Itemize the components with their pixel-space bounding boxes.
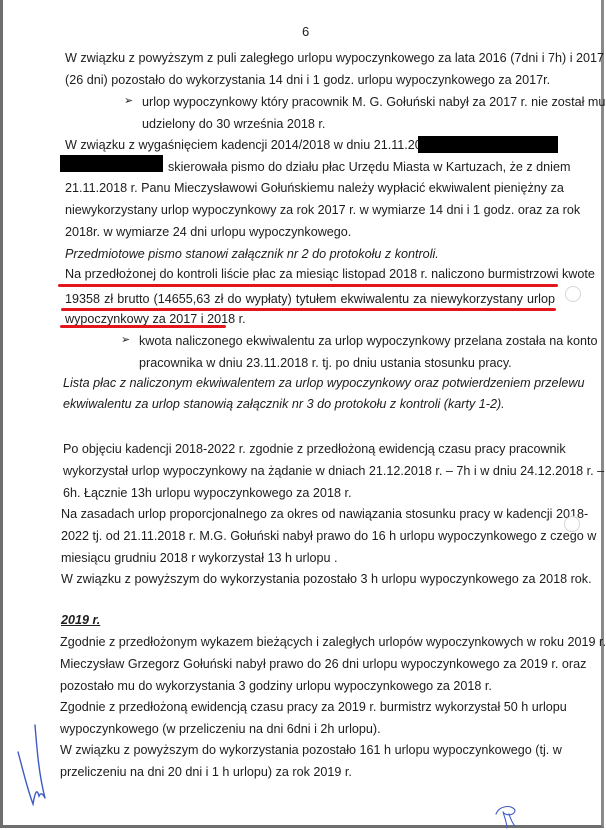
highlighted-line-3: wypoczynkowy za 2017 i 2018 r. (65, 313, 246, 326)
paragraph-2-line-5: 2018r. w wymiarze 24 dni urlopu wypoczyn… (65, 226, 351, 239)
margin-circle-marker (564, 516, 580, 532)
redaction-box (60, 155, 163, 172)
page-number: 6 (302, 25, 309, 38)
bullet-1-line-1: urlop wypoczynkowy który pracownik M. G.… (142, 96, 605, 109)
red-underline-marker (58, 284, 558, 287)
handwritten-initials-left (13, 720, 53, 805)
paragraph-4-line-2: wykorzystał urlop wypoczynkowy na żądani… (63, 465, 555, 478)
highlighted-line-2: 19358 zł brutto (14655,63 zł do wypłaty)… (65, 293, 555, 306)
red-underline-marker (60, 325, 226, 328)
document-page: 6 W związku z powyższym z puli zaległego… (0, 0, 604, 828)
paragraph-1-line-2: (26 dni) pozostało do wykorzystania 14 d… (65, 74, 550, 87)
attachment-note-2: Przedmiotowe pismo stanowi załącznik nr … (65, 248, 439, 261)
attachment-note-3-line-1: Lista płac z naliczonym ekwiwalentem za … (63, 377, 555, 390)
section-heading-2019: 2019 r. (61, 614, 100, 627)
paragraph-4-line-3: 6h. Łącznie 13h urlopu wypoczynkowego za… (63, 487, 351, 500)
paragraph-2-line-3: 21.11.2018 r. Panu Mieczysławowi Gołuńsk… (65, 182, 555, 195)
paragraph-8-line-2: wypoczynkowego (w przeliczeniu na dni 6d… (60, 723, 381, 736)
handwritten-initials-right (491, 800, 521, 830)
bullet-2-line-2: pracownika w dniu 23.11.2018 r. tj. po d… (139, 357, 512, 370)
paragraph-5-line-1: Na zasadach urlop proporcjonalnego za ok… (61, 508, 553, 521)
bullet-1-line-2: udzielony do 30 września 2018 r. (142, 118, 325, 131)
highlighted-line-1: Na przedłożonej do kontroli liście płac … (65, 268, 555, 281)
margin-circle-marker (565, 286, 581, 302)
paragraph-7-line-2: Mieczysław Grzegorz Gołuński nabył prawo… (60, 658, 553, 671)
paragraph-8-line-1: Zgodnie z przedłożoną ewidencją czasu pr… (60, 701, 553, 714)
bullet-arrow-icon: ➢ (124, 94, 133, 107)
paragraph-7-line-3: pozostało mu do wykorzystania 3 godziny … (60, 680, 492, 693)
paragraph-2-line-4: niewykorzystany urlop wypoczynkowy za ro… (65, 204, 555, 217)
bullet-arrow-icon: ➢ (121, 333, 130, 346)
paragraph-2-line-1: W związku z wygaśnięciem kadencji 2014/2… (65, 139, 446, 152)
paragraph-7-line-1: Zgodnie z przedłożonym wykazem bieżących… (60, 636, 606, 649)
bullet-2-line-1: kwota naliczonego ekwiwalentu za urlop w… (139, 335, 556, 348)
paragraph-2-line-2: skierowała pismo do działu płac Urzędu M… (168, 161, 555, 174)
paragraph-5-line-3: miesiącu grudniu 2018 r wykorzystał 13 h… (61, 552, 338, 565)
attachment-note-3-line-2: ekwiwalentu za urlop stanowią załącznik … (63, 398, 505, 411)
paragraph-9-line-1: W związku z powyższym do wykorzystania p… (60, 744, 553, 757)
paragraph-6: W związku z powyższym do wykorzystania p… (61, 573, 592, 586)
paragraph-5-line-2: 2022 tj. od 21.11.2018 r. M.G. Gołuński … (61, 530, 553, 543)
paragraph-1-line-1: W związku z powyższym z puli zaległego u… (65, 52, 552, 65)
redaction-box (418, 136, 558, 153)
paragraph-4-line-1: Po objęciu kadencji 2018-2022 r. zgodnie… (63, 443, 555, 456)
red-underline-marker (61, 308, 556, 311)
paragraph-9-line-2: przeliczeniu na dni 20 dni i 1 h urlopu)… (60, 766, 352, 779)
